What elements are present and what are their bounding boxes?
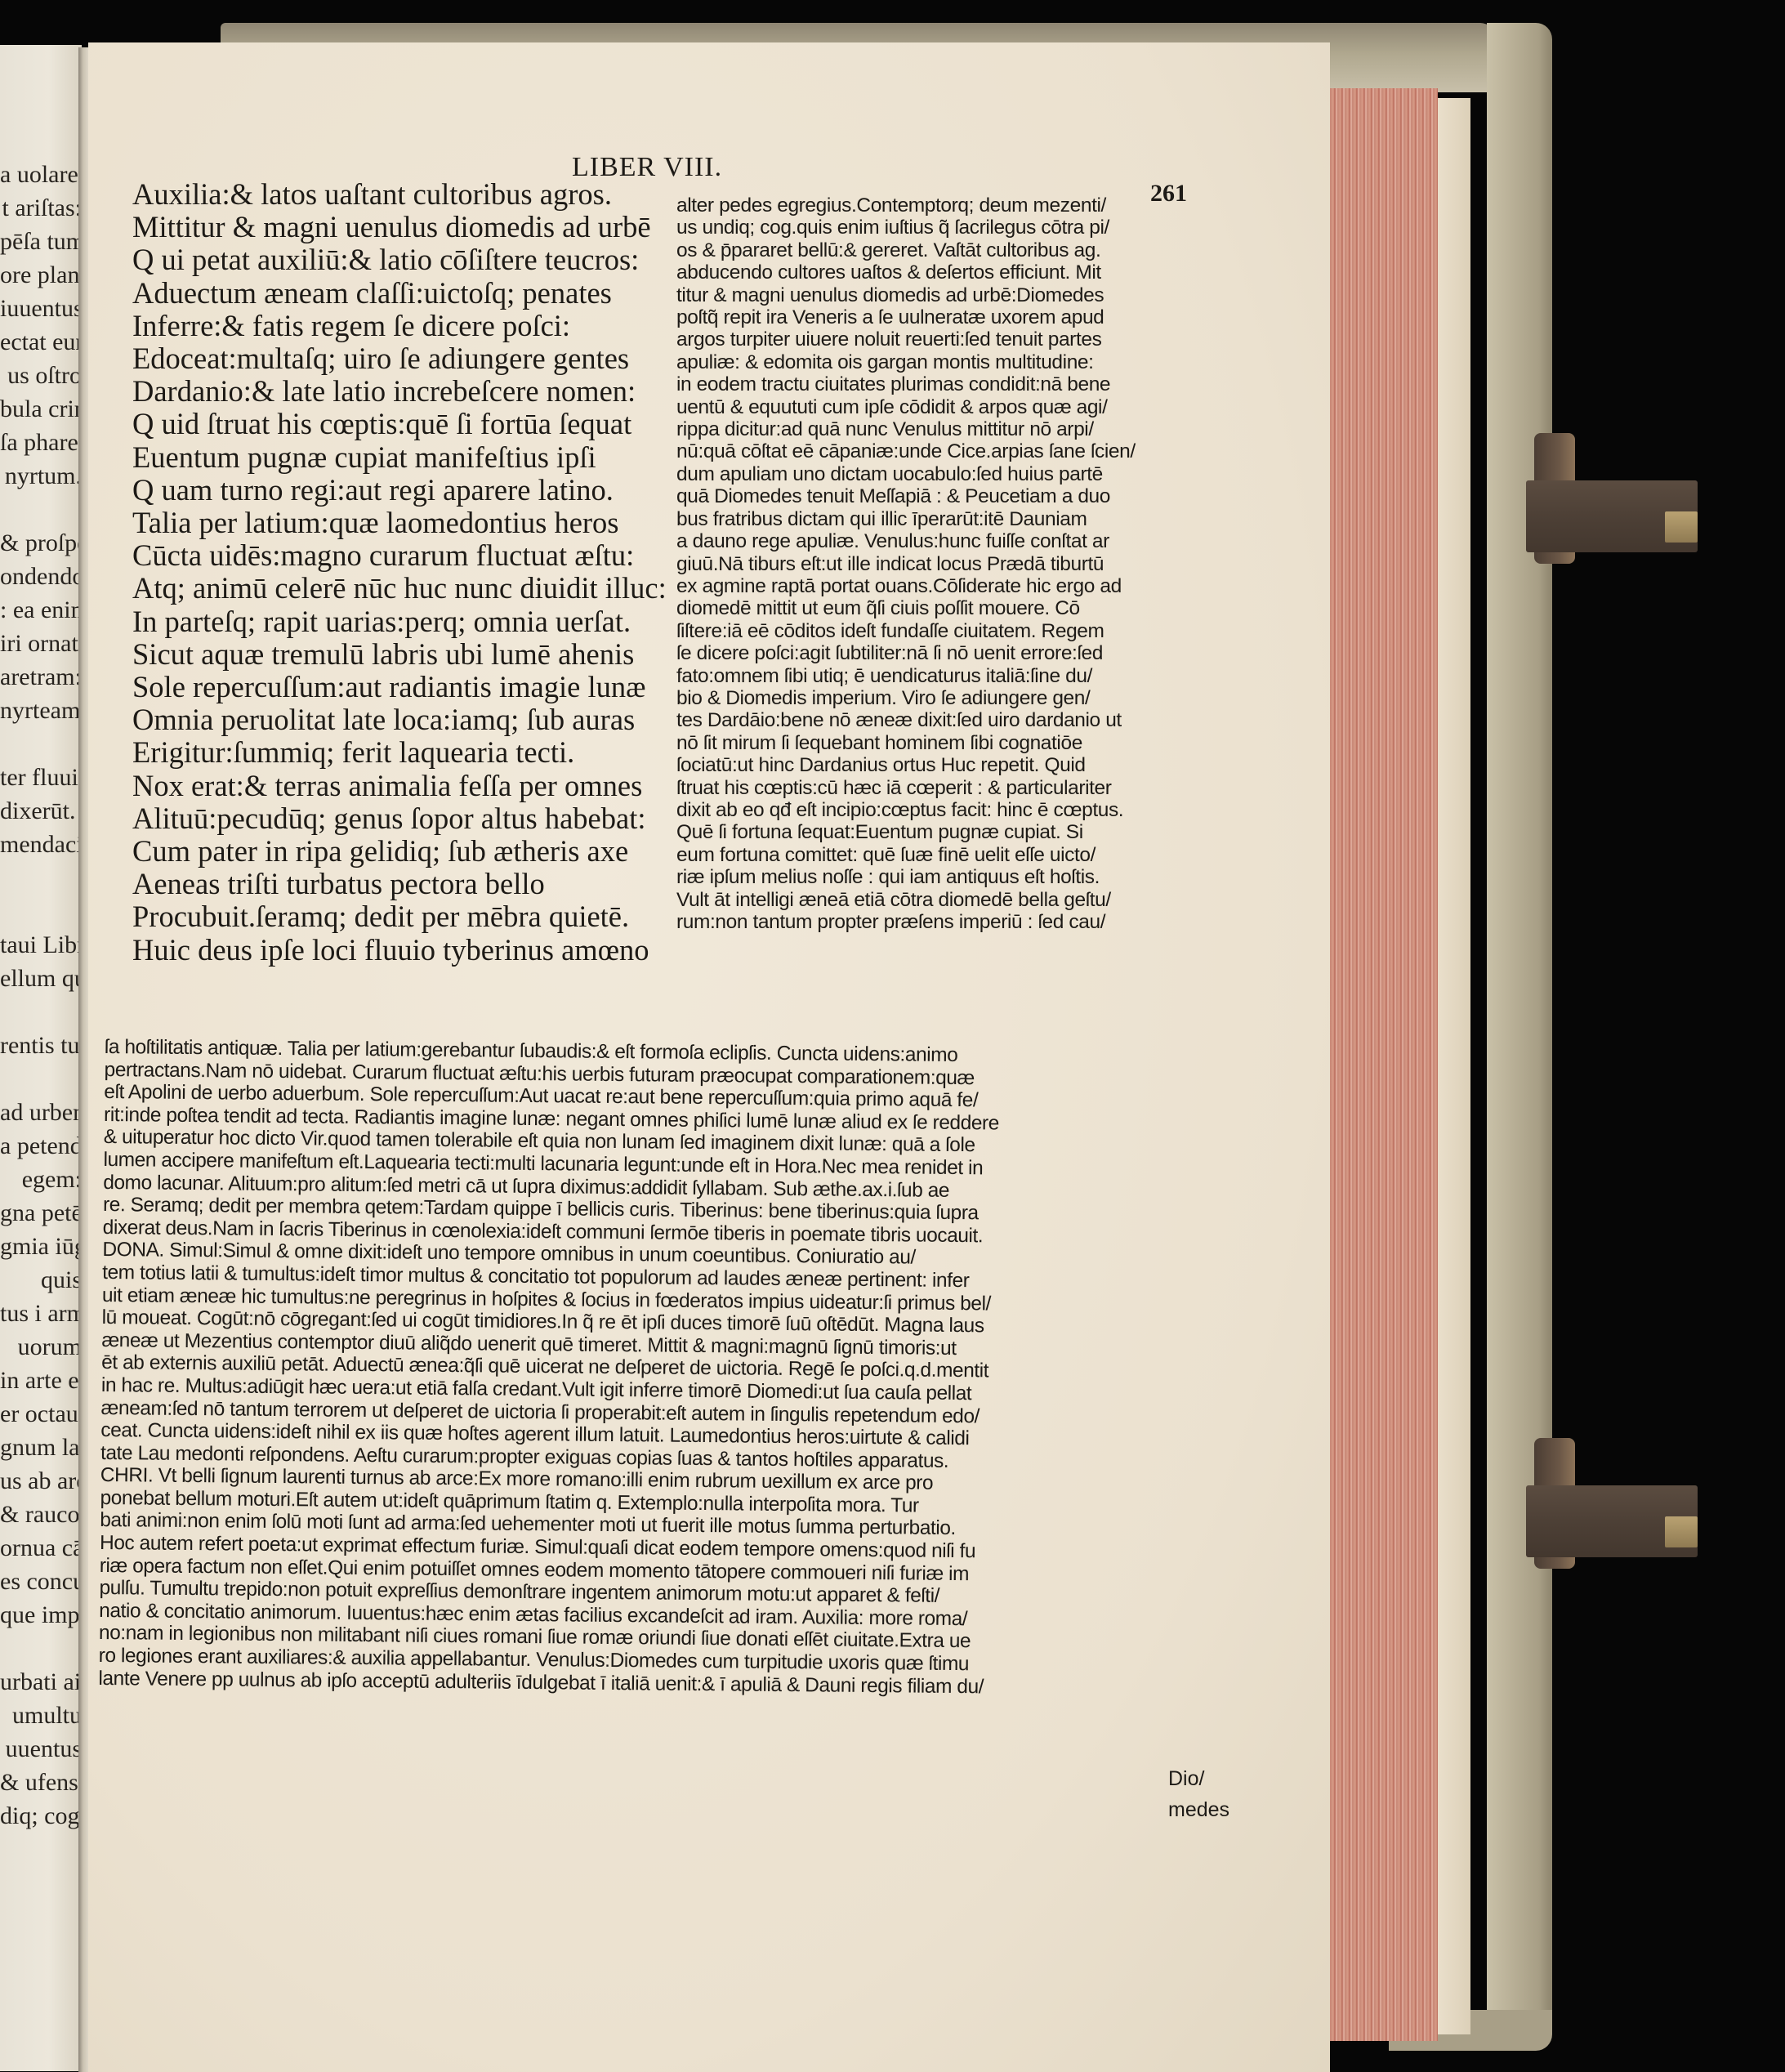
commentary-line: eum fortuna comittet: quē ſuæ finē uelit… (676, 844, 1240, 866)
left-page-line: tus i armis (0, 1297, 82, 1330)
verse-line: Omnia peruolitat late loca:iamq; ſub aur… (132, 703, 672, 736)
left-page-text-fragments: a uolarett ariſtas:pēſa tumentiore plant… (0, 158, 82, 1833)
left-page-line: ellum quos (0, 962, 82, 995)
left-page-line: iuuentus (0, 292, 82, 325)
left-page-line: diq; cogū (0, 1799, 82, 1833)
verse-line: Edoceat:multaſq; uiro ſe adiungere gente… (132, 342, 672, 375)
left-page-line: mendacium pre (0, 828, 82, 861)
verse-line: Q uam turno regi:aut regi aparere latino… (132, 474, 672, 507)
vellum-binding-fore-edge (1487, 23, 1552, 2041)
left-page-line: a uolaret (0, 158, 82, 191)
commentary-column: alter pedes egregius.Contemptorq; deum m… (676, 194, 1240, 933)
left-page-line: taui Libri. (0, 928, 82, 962)
left-page-line: gna petētē (0, 1196, 82, 1230)
verse-line: Sole repercuſſum:aut radiantis imagie lu… (132, 671, 672, 703)
left-page-line: ornua cātu (0, 1531, 82, 1565)
commentary-line: os & p̄pararet bellū:& gereret. Vaſtāt c… (676, 239, 1240, 261)
commentary-line: dixit ab eo qđ eſt incipio:cœptus facit:… (676, 799, 1240, 821)
left-page-line: us ab arce (0, 1464, 82, 1498)
verse-line: Cūcta uidēs:magno curarum fluctuat æſtu: (132, 539, 672, 572)
left-page-line: umultu (0, 1699, 82, 1732)
marginal-note-line: medes (1168, 1794, 1242, 1825)
left-page-line: urbati aimi (0, 1665, 82, 1699)
left-page-line: aretram:Qua (0, 660, 82, 694)
left-page-line: pēſa tumenti (0, 225, 82, 258)
verse-line: Huic deus ipſe loci fluuio tyberinus amœ… (132, 934, 672, 967)
commentary-line: us undiq; cog.quis enim iuſtius q̃ ſacri… (676, 217, 1240, 239)
verse-line: Q ui petat auxiliū:& latio cōſiſtere teu… (132, 243, 672, 276)
clasp-brass-catch (1665, 511, 1698, 543)
verse-line: Sicut aquæ tremulū labris ubi lumē aheni… (132, 638, 672, 671)
commentary-line: poſtq̃ repit ira Veneris a ſe uulneratæ … (676, 306, 1240, 328)
verse-line: Erigitur:ſummiq; ferit laquearia tecti. (132, 736, 672, 769)
verse-line: Aduectum æneam claſſi:uictoſq; penates (132, 277, 672, 310)
left-page-line (0, 995, 82, 1029)
left-page-line: in arte eſt. (0, 1364, 82, 1397)
left-page-line: egem: (0, 1163, 82, 1196)
left-page-line (0, 1062, 82, 1096)
left-page-line: & rauco ſtre (0, 1498, 82, 1531)
left-page-line: a petendi (0, 1129, 82, 1163)
commentary-line: Vult āt intelligi æneā etiā cōtra diomed… (676, 889, 1240, 911)
verse-line: Auxilia:& latos uaſtant cultoribus agros… (132, 178, 672, 211)
commentary-line: bio & Diomedis imperium. Viro ſe adiunge… (676, 687, 1240, 709)
left-page-line: gnum lau (0, 1431, 82, 1464)
left-page-line: es concuſſit (0, 1565, 82, 1598)
left-page-line: bula crinem (0, 392, 82, 426)
left-page-line: nyrtum. (0, 459, 82, 493)
left-page-line: ondendo:ut or (0, 560, 82, 593)
verse-line: Inferre:& fatis regem ſe dicere poſci: (132, 310, 672, 342)
commentary-line: alter pedes egregius.Contemptorq; deum m… (676, 194, 1240, 217)
left-page-line: quis (0, 1263, 82, 1297)
commentary-line: in eodem tractu ciuitates plurimas condi… (676, 373, 1240, 395)
verse-line: Nox erat:& terras animalia feſſa per omn… (132, 770, 672, 802)
left-page-line (0, 1632, 82, 1665)
verse-line: Talia per latium:quæ laomedontius heros (132, 507, 672, 539)
commentary-line: ſtruat his cœptis:cū hæc iā cœperit : & … (676, 777, 1240, 799)
commentary-line: giuū.Nā tiburs eſt:ut ille indicat locus… (676, 553, 1240, 575)
verse-line: Euentum pugnæ cupiat manifeſtius ipſi (132, 441, 672, 474)
left-page-line (0, 493, 82, 526)
left-page-line (0, 861, 82, 895)
commentary-line: bus fratribus dictam qui illic īperarūt:… (676, 508, 1240, 530)
commentary-line: ſe dicere poſci:agit ſubtiliter:nā ſi nō… (676, 642, 1240, 664)
left-page-line: ore plantas. (0, 258, 82, 292)
commentary-line: uentū & equututi cum ipſe cōdidit & arpo… (676, 396, 1240, 418)
left-page-line: que impulit (0, 1598, 82, 1632)
commentary-line: riæ ipſum melius noſſe : qui iam antiquu… (676, 866, 1240, 888)
clasp-brass-catch (1665, 1516, 1698, 1547)
commentary-line: Quē ſi fortuna ſequat:Euentum pugnæ cupi… (676, 821, 1240, 843)
left-page-line: & proſpectat ei (0, 526, 82, 560)
commentary-line: tes Dardāio:bene nō æneæ dixit:ſed uiro … (676, 709, 1240, 731)
verse-line: Cum pater in ripa gelidiq; ſub ætheris a… (132, 835, 672, 868)
commentary-full-width: ſa hoſtilitatis antiquæ. Talia per latiu… (98, 1036, 1265, 1701)
left-page-line: us oſtro (0, 359, 82, 392)
verse-line: Atq; animū celerē nūc huc nunc diuidit i… (132, 572, 672, 605)
commentary-line: nō ſit mirum ſi ſequebant hominem ſibi c… (676, 732, 1240, 754)
verse-line: Q uid ſtruat his cœptis:quē ſi fortūa ſe… (132, 408, 672, 440)
commentary-line: a dauno rege apuliæ. Venulus:hunc fuiſſe… (676, 530, 1240, 552)
marginal-note: Dio/medes (1168, 1763, 1242, 1825)
verse-line: In parteſq; rapit uarias:perq; omnia uer… (132, 605, 672, 638)
verse-column: Auxilia:& latos uaſtant cultoribus agros… (132, 178, 672, 967)
commentary-line: fato:omnem ſibi utiq; ē uendicaturus ita… (676, 665, 1240, 687)
commentary-line: ſiſtere:iā eē cōditos ideſt fundaſſe ciu… (676, 620, 1240, 642)
commentary-line: argos turpiter uiuere noluit reuerti:ſed… (676, 328, 1240, 351)
left-page-line (0, 895, 82, 928)
red-sprinkled-page-edges (1323, 88, 1438, 2041)
left-page-line: & ufens: (0, 1766, 82, 1799)
commentary-line: ſociatū:ut hinc Dardanius ortus Huc repe… (676, 754, 1240, 776)
left-page-line: : ea enim ſexus (0, 593, 82, 627)
page-block-edge (1438, 98, 1470, 2034)
verse-line: Mittitur & magni uenulus diomedis ad urb… (132, 211, 672, 243)
commentary-line: rippa dicitur:ad quā nunc Venulus mittit… (676, 418, 1240, 440)
commentary-line: quā Diomedes tenuit Meſſapiā : & Peuceti… (676, 485, 1240, 507)
commentary-line: diomedē mittit ut eum q̃ſi ciuis poſſit … (676, 597, 1240, 619)
left-page-line: uorum (0, 1330, 82, 1364)
commentary-line: dum apuliam uno dictam uocabulo:ſed huiu… (676, 463, 1240, 485)
left-page-line: ectat eunte (0, 325, 82, 359)
commentary-line: apuliæ: & edomita ois gargan montis mult… (676, 351, 1240, 373)
marginal-note-line: Dio/ (1168, 1763, 1242, 1794)
verse-line: Procubuit.ſeramq; dedit per mēbra quietē… (132, 900, 672, 933)
verse-line: Alituū:pecudūq; genus ſopor altus habeba… (132, 802, 672, 835)
commentary-line: titur & magni uenulus diomedis ad urbē:D… (676, 284, 1240, 306)
left-page-line: nyrteam:ſed ip (0, 694, 82, 727)
left-page-line (0, 727, 82, 761)
left-page-line: ter fluuius in gal (0, 761, 82, 794)
commentary-line: nū:quā cōſtat eē cāpaniæ:unde Cice.arpia… (676, 440, 1240, 462)
commentary-line: rum:non tantum propter præſens imperiū :… (676, 911, 1240, 933)
left-page-line: er octauus. (0, 1397, 82, 1431)
commentary-line: ex agmine raptā portat ouans.Cōſiderate … (676, 575, 1240, 597)
left-page-line: gmia iūgit (0, 1230, 82, 1263)
left-page: a uolarett ariſtas:pēſa tumentiore plant… (0, 45, 82, 2071)
left-page-line: ſa pharetrā: (0, 426, 82, 459)
left-page-line: t ariſtas: (0, 191, 82, 225)
commentary-line: abducendo cultores uaſtos & deſertos eff… (676, 261, 1240, 284)
left-page-line: dixerūt. Illa uel (0, 794, 82, 828)
verse-line: Dardanio:& late latio increbeſcere nomen… (132, 375, 672, 408)
verse-line: Aeneas triſti turbatus pectora bello (132, 868, 672, 900)
left-page-line: uuentus (0, 1732, 82, 1766)
left-page-line: ad urbem (0, 1096, 82, 1129)
left-page-line: rentis tur (0, 1029, 82, 1062)
left-page-line: iri ornatum in (0, 627, 82, 660)
